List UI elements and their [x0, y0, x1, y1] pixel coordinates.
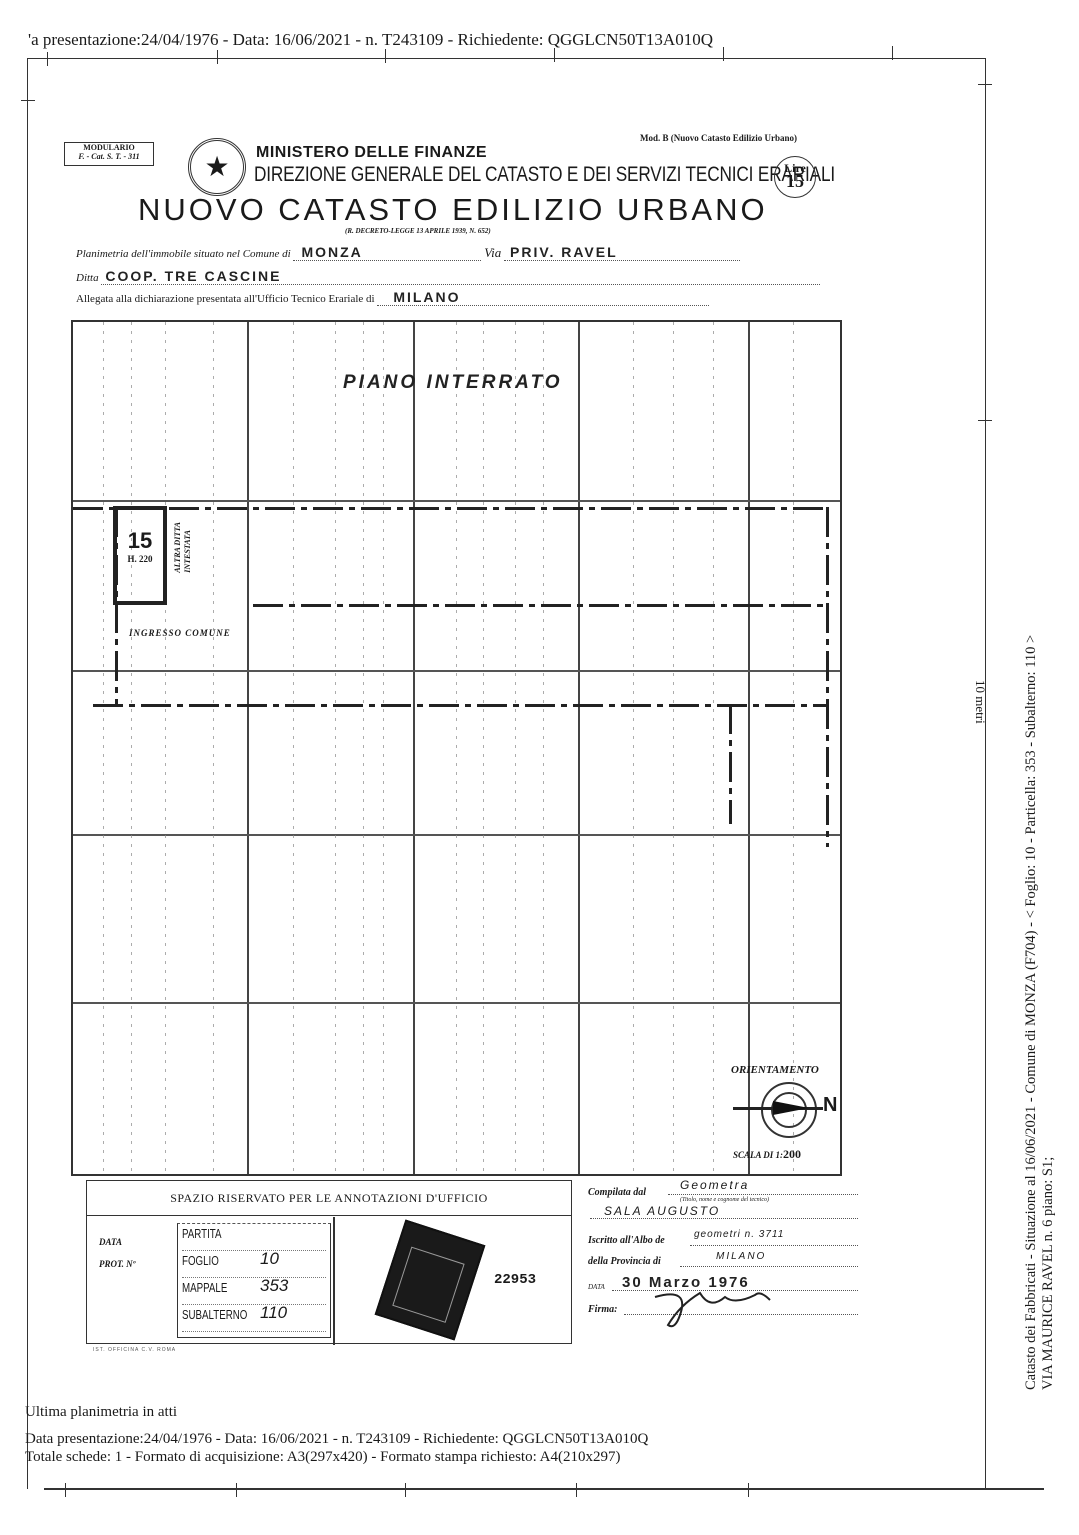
- iscritto-value: geometri n. 3711: [694, 1229, 784, 1240]
- compilata-data-label: DATA: [588, 1283, 605, 1291]
- field-subalterno: SUBALTERNO 110: [182, 1307, 326, 1332]
- altra-ditta-label: ALTRA DITTA INTESTATA: [173, 522, 193, 573]
- comune-row: Planimetria dell'immobile situato nel Co…: [76, 244, 740, 261]
- field-key: FOGLIO: [182, 1253, 227, 1268]
- frame-tick: [21, 100, 35, 101]
- north-arrow-icon: [773, 1101, 809, 1115]
- provincia-value: MILANO: [716, 1251, 766, 1262]
- ditta-value: COOP. TRE CASCINE: [101, 268, 820, 285]
- star-emblem-icon: ★: [188, 138, 246, 196]
- frame-tick: [892, 46, 893, 60]
- lire-value: 15: [775, 175, 815, 188]
- office-divider: [333, 1217, 335, 1345]
- side-line2: VIA MAURICE RAVEL n. 6 piano: S1;: [1040, 635, 1057, 1390]
- frame-tick: [723, 47, 724, 61]
- altra-ditta-line2: INTESTATA: [183, 530, 192, 573]
- footer-line2: Totale schede: 1 - Formato di acquisizio…: [25, 1449, 621, 1466]
- via-label: Via: [484, 245, 501, 260]
- lire-stamp: Lire 15: [774, 156, 816, 198]
- frame-tick: [554, 48, 555, 62]
- tipografia-note: IST. OFFICINA C.V. ROMA: [93, 1347, 176, 1353]
- document-title: NUOVO CATASTO EDILIZIO URBANO: [138, 192, 768, 228]
- office-annotations-box: SPAZIO RISERVATO PER LE ANNOTAZIONI D'UF…: [86, 1180, 572, 1344]
- via-value: PRIV. RAVEL: [504, 244, 740, 261]
- unit-number: 15: [117, 528, 163, 554]
- allegata-row: Allegata alla dichiarazione presentata a…: [76, 289, 709, 306]
- modulario-line1: MODULARIO: [65, 143, 153, 152]
- ditta-label: Ditta: [76, 272, 99, 284]
- field-partita: PARTITA: [182, 1226, 326, 1251]
- mod-b-label: Mod. B (Nuovo Catasto Edilizio Urbano): [640, 133, 797, 143]
- orientamento-label: ORIENTAMENTO: [731, 1064, 819, 1076]
- scale-text: SCALA DI 1:: [733, 1150, 783, 1160]
- frame-bottom: [44, 1488, 1044, 1490]
- field-mappale: MAPPALE 353: [182, 1280, 326, 1305]
- field-key: SUBALTERNO: [182, 1307, 227, 1322]
- allegata-label: Allegata alla dichiarazione presentata a…: [76, 293, 375, 305]
- field-key: MAPPALE: [182, 1280, 227, 1295]
- frame-tick: [576, 1483, 577, 1497]
- frame-tick: [405, 1483, 406, 1497]
- side-cadastral-info: Catasto dei Fabbricati - Situazione al 1…: [1023, 635, 1057, 1390]
- office-title: SPAZIO RISERVATO PER LE ANNOTAZIONI D'UF…: [87, 1181, 571, 1216]
- ultima-planimetria: Ultima planimetria in atti: [25, 1404, 177, 1421]
- scale-label: SCALA DI 1:200: [733, 1147, 801, 1162]
- unit-height: H. 220: [117, 554, 163, 564]
- titolo-hint: (Titolo, nome e cognome del tecnico): [680, 1197, 769, 1203]
- frame-tick: [65, 1483, 66, 1497]
- iscritto-label: Iscritto all'Albo de: [588, 1235, 665, 1246]
- comune-value: MONZA: [293, 244, 481, 261]
- direzione-heading: DIREZIONE GENERALE DEL CATASTO E DEI SER…: [254, 163, 835, 187]
- office-data-label: DATA: [99, 1237, 122, 1247]
- field-value: 10: [260, 1249, 279, 1269]
- scale-value: 200: [783, 1147, 801, 1161]
- frame-tick: [47, 52, 48, 66]
- top-header-line: 'a presentazione:24/04/1976 - Data: 16/0…: [28, 30, 713, 50]
- altra-ditta-line1: ALTRA DITTA: [173, 522, 182, 573]
- frame-tick: [748, 1483, 749, 1497]
- ministero-heading: MINISTERO DELLE FINANZE: [256, 144, 487, 162]
- firma-label: Firma:: [588, 1304, 617, 1315]
- planimetria-label: Planimetria dell'immobile situato nel Co…: [76, 248, 291, 260]
- field-foglio: FOGLIO 10: [182, 1253, 326, 1278]
- field-value: 353: [260, 1276, 288, 1296]
- frame-tick: [236, 1483, 237, 1497]
- footer-line1: Data presentazione:24/04/1976 - Data: 16…: [25, 1431, 648, 1448]
- compilata-value: Geometra: [680, 1178, 749, 1192]
- modulario-box: MODULARIO F. - Cat. S. T. - 311: [64, 142, 154, 166]
- frame-tick: [978, 84, 992, 85]
- north-label: N: [823, 1094, 837, 1117]
- ingresso-label: INGRESSO COMUNE: [129, 628, 231, 638]
- provincia-line: [680, 1252, 858, 1267]
- frame-tick: [217, 50, 218, 64]
- office-fields: PARTITA FOGLIO 10 MAPPALE 353 SUBALTERNO…: [177, 1223, 331, 1338]
- frame-tick: [978, 420, 992, 421]
- compilata-label: Compilata dal: [588, 1187, 646, 1198]
- modulario-line2: F. - Cat. S. T. - 311: [65, 152, 153, 161]
- provincia-label: della Provincia di: [588, 1256, 661, 1267]
- floor-plan: PIANO INTERRATO 15 H. 220 ALTRA DITTA IN…: [71, 320, 842, 1176]
- stamp-number: 22953: [494, 1272, 536, 1288]
- scale-bar-label: 10 metri: [972, 680, 988, 724]
- side-line1: Catasto dei Fabbricati - Situazione al 1…: [1023, 635, 1040, 1390]
- signature-icon: [650, 1285, 780, 1335]
- field-key: PARTITA: [182, 1226, 227, 1241]
- unit-box: 15 H. 220: [113, 506, 167, 605]
- field-value: 110: [260, 1303, 287, 1323]
- ditta-row: Ditta COOP. TRE CASCINE: [76, 268, 820, 285]
- nome-value: SALA AUGUSTO: [604, 1204, 720, 1218]
- frame-tick: [385, 49, 386, 63]
- plan-title: PIANO INTERRATO: [343, 372, 563, 394]
- ufficio-value: MILANO: [377, 289, 709, 306]
- decreto-note: (R. DECRETO-LEGGE 13 APRILE 1939, N. 652…: [345, 227, 491, 235]
- office-prot-label: PROT. Nº: [99, 1259, 135, 1269]
